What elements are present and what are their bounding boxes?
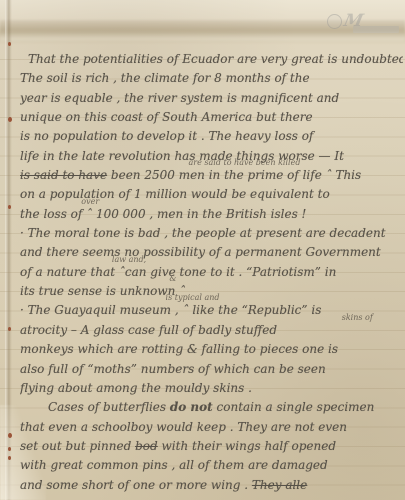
stitch-dot [8, 456, 11, 460]
interlinear-insertion: law and, [112, 255, 146, 264]
manuscript-line: · The moral tone is bad , the people at … [20, 222, 403, 241]
manuscript-text: monkeys which are rotting & falling to p… [20, 342, 338, 356]
manuscript-line: year is equable , the river system is ma… [20, 87, 403, 106]
manuscript-text: is no population to develop it . The hea… [20, 129, 313, 143]
manuscript-text: unique on this coast of South America bu… [20, 110, 313, 124]
manuscript-lines: That the potentialities of Ecuador are v… [20, 48, 403, 494]
stitch-dot [8, 205, 11, 209]
manuscript-text: year is equable , the river system is ma… [20, 91, 339, 105]
interlinear-insertion: are said to have been killed [189, 158, 301, 167]
manuscript-text: · The Guayaquil museum , ˆ like the “Rep… [20, 303, 321, 317]
manuscript-text: Cases of butterflies [48, 400, 170, 414]
interlinear-insertion: & [169, 274, 176, 283]
manuscript-text: with their wings half opened [158, 439, 336, 453]
manuscript-line: monkeys which are rotting & falling to p… [20, 338, 403, 357]
manuscript-line: on a population of 1 million would be eq… [20, 183, 403, 202]
manuscript-text: and there seems no possibility of a perm… [20, 245, 381, 259]
manuscript-line: The soil is rich , the climate for 8 mon… [20, 67, 403, 86]
manuscript-line: are said to have been killedis said to h… [20, 164, 403, 183]
manuscript-line: and some short of one or more wing . The… [20, 474, 403, 493]
manuscript-text: on a population of 1 million would be eq… [20, 187, 330, 201]
manuscript-text: That the potentialities of Ecuador are v… [28, 52, 403, 66]
interlinear-insertion: over [81, 197, 99, 206]
manuscript-line: also full of “moths” numbers of which ca… [20, 358, 403, 377]
manuscript-text: bod [135, 439, 158, 453]
stitch-dot [8, 447, 11, 451]
manuscript-text: of a nature that ˆcan give tone to it . … [20, 265, 336, 279]
manuscript-text: also full of “moths” numbers of which ca… [20, 362, 326, 376]
stitch-dot [8, 117, 12, 122]
interlinear-insertion: is typical and [166, 293, 220, 302]
manuscript-text: flying about among the mouldy skins . [20, 381, 252, 395]
manuscript-line: and there seems no possibility of a perm… [20, 241, 403, 260]
manuscript-text: and some short of one or more wing . [20, 478, 252, 492]
manuscript-text: contain a single specimen [213, 400, 375, 414]
manuscript-line: overthe loss of ˆ 100 000 , men in the B… [20, 203, 403, 222]
manuscript-line: unique on this coast of South America bu… [20, 106, 403, 125]
manuscript-text: They alle [252, 478, 307, 492]
manuscript-text: The soil is rich , the climate for 8 mon… [20, 71, 310, 85]
manuscript-text: · The moral tone is bad , the people at … [20, 226, 386, 240]
manuscript-line: flying about among the mouldy skins . [20, 377, 403, 396]
manuscript-line: that even a schoolboy would keep . They … [20, 416, 403, 435]
manuscript-text: the loss of ˆ 100 000 , men in the Briti… [20, 207, 306, 221]
paper-crease-horizontal [0, 20, 405, 42]
stitch-dot [8, 433, 12, 438]
manuscript-text: do not [170, 400, 213, 414]
manuscript-text: set out but pinned [20, 439, 135, 453]
manuscript-text: been 2500 men in the prime of life ˆ Thi… [107, 168, 361, 182]
stitch-dot [8, 42, 11, 46]
manuscript-text: that even a schoolboy would keep . They … [20, 420, 347, 434]
manuscript-text: is said to have [20, 168, 107, 182]
stitch-dot [8, 327, 11, 331]
manuscript-line: Cases of butterflies do not contain a si… [20, 396, 403, 415]
manuscript-page: M That the potentialities of Ecuador are… [0, 0, 405, 500]
manuscript-line: with great common pins , all of them are… [20, 454, 403, 473]
interlinear-insertion: skins of [342, 313, 373, 322]
manuscript-line: is no population to develop it . The hea… [20, 125, 403, 144]
manuscript-text: its true sense is unknown ˆ [20, 284, 185, 298]
manuscript-text: atrocity – A glass case full of badly st… [20, 323, 277, 337]
manuscript-line: law and,of a nature that ˆcan give tone … [20, 261, 403, 280]
manuscript-text: with great common pins , all of them are… [20, 458, 328, 472]
manuscript-line: That the potentialities of Ecuador are v… [20, 48, 403, 67]
manuscript-line: set out but pinned bod with their wings … [20, 435, 403, 454]
manuscript-line: skins ofatrocity – A glass case full of … [20, 319, 403, 338]
